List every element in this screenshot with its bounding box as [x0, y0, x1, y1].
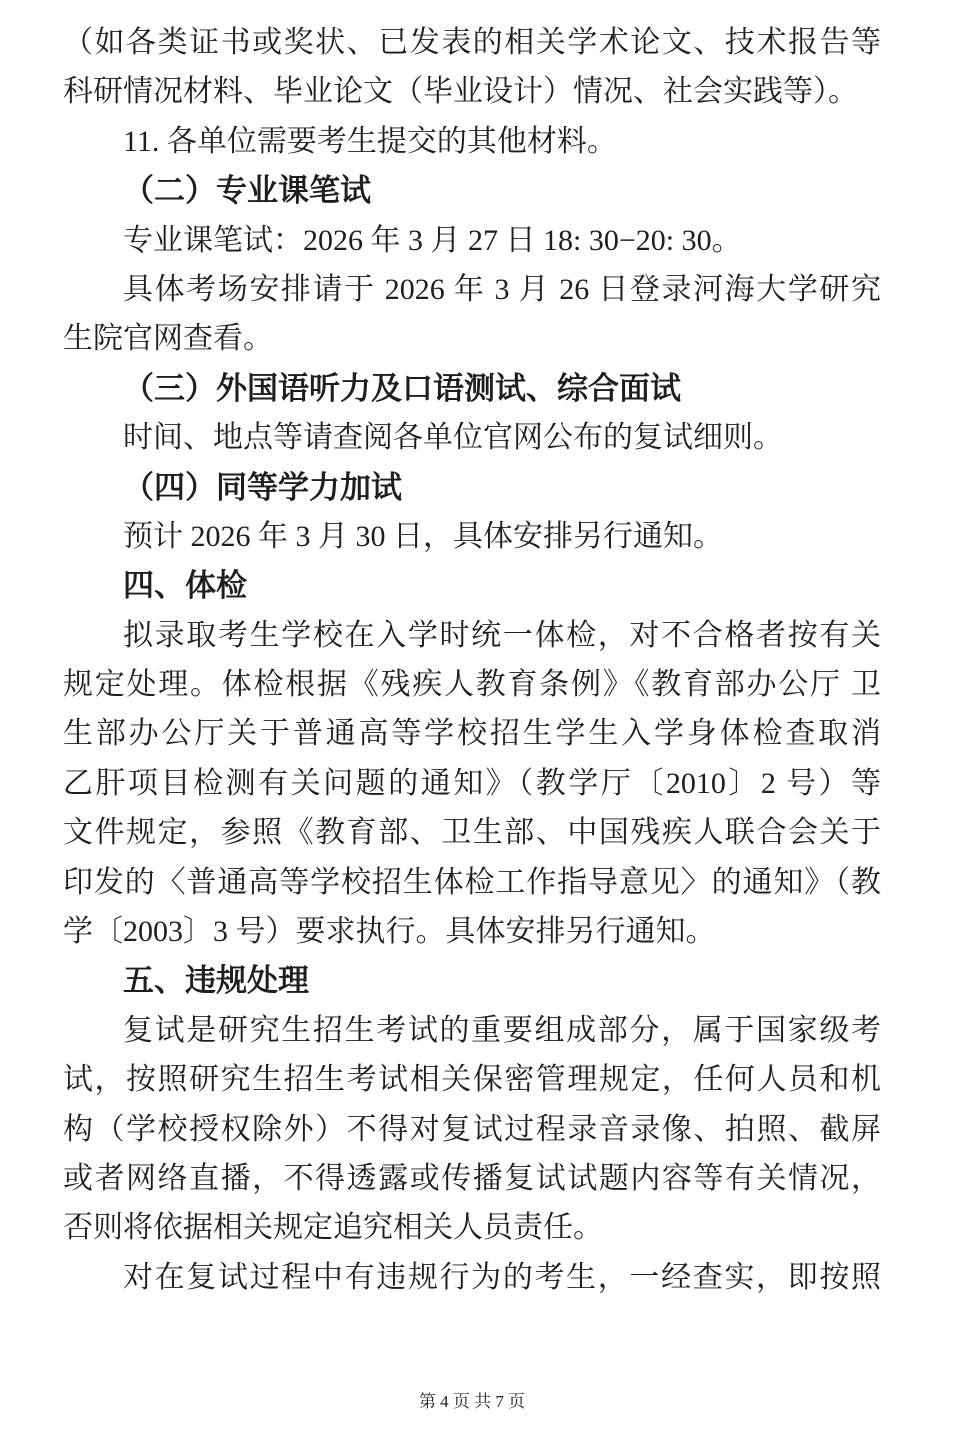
document-line: 乙肝项目检测有关问题的通知》（教学厅〔2010〕2 号）等	[63, 759, 881, 808]
document-line: 试，按照研究生招生考试相关保密管理规定，任何人员和机	[63, 1055, 881, 1104]
document-line: 具体考场安排请于 2026 年 3 月 26 日登录河海大学研究	[63, 265, 881, 314]
document-line: 对在复试过程中有违规行为的考生，一经查实，即按照	[63, 1253, 881, 1302]
document-line: 复试是研究生招生考试的重要组成部分，属于国家级考	[63, 1006, 881, 1055]
document-line: 或者网络直播，不得透露或传播复试试题内容等有关情况，	[63, 1154, 881, 1203]
document-line: 11. 各单位需要考生提交的其他材料。	[63, 117, 881, 166]
document-line: 拟录取考生学校在入学时统一体检，对不合格者按有关	[63, 611, 881, 660]
document-line: 预计 2026 年 3 月 30 日，具体安排另行通知。	[63, 512, 881, 561]
document-line: 科研情况材料、毕业论文（毕业设计）情况、社会实践等）。	[63, 67, 881, 116]
document-line: 学〔2003〕3 号）要求执行。具体安排另行通知。	[63, 907, 881, 956]
document-line: 否则将依据相关规定追究相关人员责任。	[63, 1203, 881, 1252]
document-line: 时间、地点等请查阅各单位官网公布的复试细则。	[63, 413, 881, 462]
document-line: 生院官网查看。	[63, 314, 881, 363]
document-line: 专业课笔试：2026 年 3 月 27 日 18: 30−20: 30。	[63, 216, 881, 265]
document-line: 文件规定，参照《教育部、卫生部、中国残疾人联合会关于	[63, 808, 881, 857]
page-number-footer: 第 4 页 共 7 页	[63, 1390, 881, 1414]
document-page: （如各类证书或奖状、已发表的相关学术论文、技术报告等科研情况材料、毕业论文（毕业…	[0, 0, 965, 1436]
document-heading: （二）专业课笔试	[63, 166, 881, 215]
document-heading: 五、违规处理	[63, 956, 881, 1005]
document-body: （如各类证书或奖状、已发表的相关学术论文、技术报告等科研情况材料、毕业论文（毕业…	[63, 18, 881, 1302]
document-heading: 四、体检	[63, 561, 881, 610]
document-line: 规定处理。体检根据《残疾人教育条例》《教育部办公厅 卫	[63, 660, 881, 709]
document-line: 构（学校授权除外）不得对复试过程录音录像、拍照、截屏	[63, 1105, 881, 1154]
document-line: 印发的〈普通高等学校招生体检工作指导意见〉的通知》（教	[63, 858, 881, 907]
document-line: （如各类证书或奖状、已发表的相关学术论文、技术报告等	[63, 18, 881, 67]
document-heading: （三）外国语听力及口语测试、综合面试	[63, 364, 881, 413]
document-heading: （四）同等学力加试	[63, 463, 881, 512]
document-line: 生部办公厅关于普通高等学校招生学生入学身体检查取消	[63, 709, 881, 758]
